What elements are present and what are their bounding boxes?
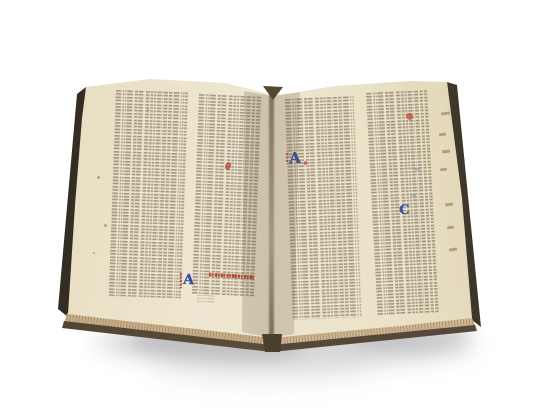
foxing-spot — [147, 109, 149, 111]
marginal-annotation — [449, 248, 457, 251]
red-pen-dot — [304, 161, 307, 165]
marginal-annotation — [440, 168, 447, 171]
illuminated-initial-right-2: C — [399, 204, 410, 218]
marginal-annotation — [442, 150, 450, 153]
photograph-scene: A A C — [0, 0, 555, 416]
marginal-annotation — [445, 203, 453, 206]
foxing-spot — [104, 224, 107, 227]
illuminated-initial-left: A — [183, 273, 195, 288]
foxing-spot — [97, 176, 100, 179]
blue-ink-smudge — [411, 194, 416, 197]
blue-ink-smudge — [414, 168, 420, 171]
marginal-annotation — [439, 133, 446, 136]
left-page-text-column-1 — [109, 90, 188, 298]
foxing-spot — [93, 252, 95, 254]
quire-signature — [197, 295, 215, 305]
marginal-annotation — [441, 111, 450, 115]
marginal-annotation — [447, 226, 454, 229]
gutter-seam — [269, 95, 274, 339]
